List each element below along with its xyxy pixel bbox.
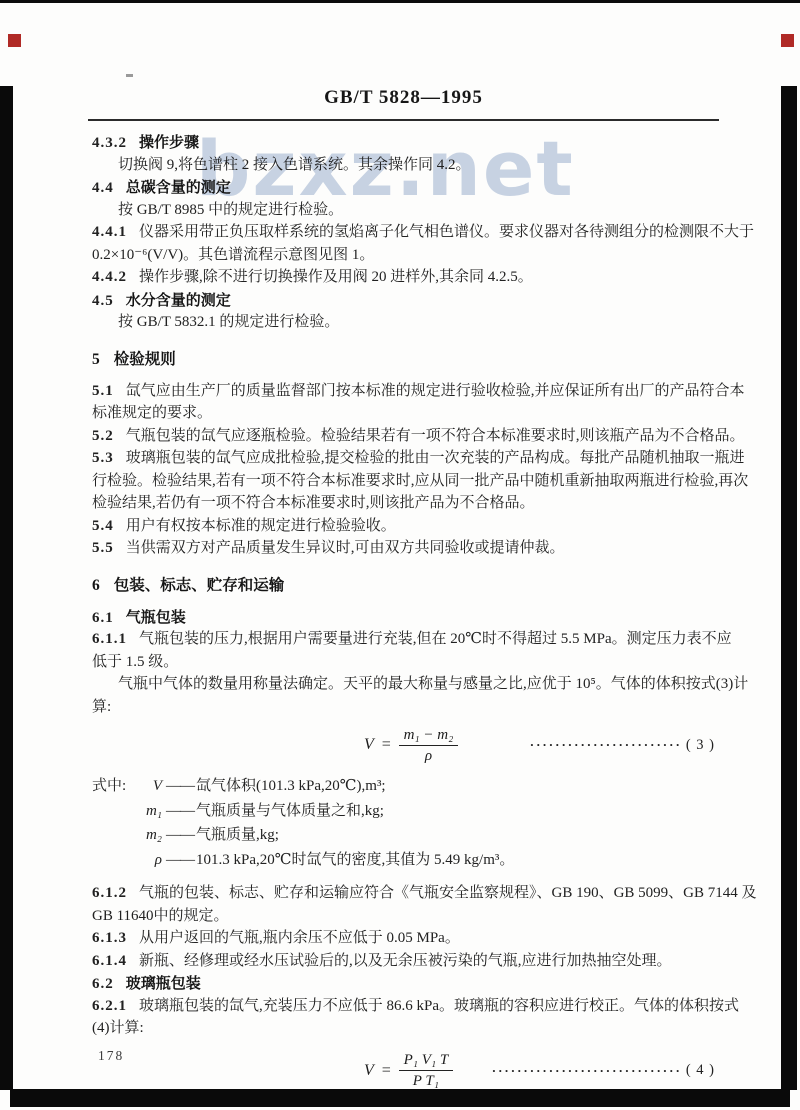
clause-number: 6.1.4 <box>92 953 127 969</box>
clause-6.1.2: 6.1.2气瓶的包装、标志、贮存和运输应符合《气瓶安全监察规程》、GB 190、… <box>92 882 715 905</box>
formula-4-equals: = <box>381 1062 392 1080</box>
clause-text: 水分含量的测定 <box>126 291 231 309</box>
definition-row: 式中: V —— 氙气体积(101.3 kPa,20℃),m³; <box>92 774 715 799</box>
definition-symbol: ρ <box>136 848 162 873</box>
clause-lines-block-1: 4.3.2操作步骤切换阀 9,将色谱柱 2 接入色谱系统。其余操作同 4.2。4… <box>92 131 715 718</box>
clause-number: 6.1.1 <box>92 631 127 647</box>
text-line: GB 11640中的规定。 <box>92 905 715 928</box>
clause-number: 5.4 <box>92 518 114 534</box>
text-line: 标准规定的要求。 <box>92 402 715 425</box>
scan-edge-top <box>0 0 800 3</box>
clause-5.3: 5.3玻璃瓶包装的氙气应成批检验,提交检验的批由一次充装的产品构成。每批产品随机… <box>92 447 715 470</box>
section-heading-5: 5检验规则 <box>92 346 715 372</box>
formula-4-numerator: P₁ V₁ T <box>399 1052 454 1071</box>
clause-text: 气瓶包装 <box>126 608 186 626</box>
scan-edge-left <box>0 86 13 1090</box>
clause-number: 4.5 <box>92 293 114 309</box>
text-line: 切换阀 9,将色谱柱 2 接入色谱系统。其余操作同 4.2。 <box>92 154 715 177</box>
text-line: 0.2×10⁻⁶(V/V)。其色谱流程示意图见图 1。 <box>92 244 715 267</box>
text-line: (4)计算: <box>92 1017 715 1040</box>
definition-text: 气瓶质量与气体质量之和,kg; <box>196 799 384 824</box>
formula-3-leader: ························ ( 3 ) <box>530 737 715 754</box>
clause-number: 5.2 <box>92 428 114 444</box>
clause-text: 用户有权按本标准的规定进行检验验收。 <box>126 518 396 534</box>
clause-4.3.2: 4.3.2操作步骤 <box>92 131 715 154</box>
clause-4.4: 4.4总碳含量的测定 <box>92 176 715 199</box>
scan-edge-right <box>781 86 797 1090</box>
text-line: 气瓶中气体的数量用称量法确定。天平的最大称量与感量之比,应优于 10⁵。气体的体… <box>92 673 715 696</box>
text-line: 行检验。检验结果,若有一项不符合本标准要求时,应从同一批产品中随机重新抽取两瓶进… <box>92 470 715 493</box>
formula-3: V = m₁ − m₂ ρ <box>364 727 458 764</box>
definition-symbol: m₁ <box>136 799 162 824</box>
definition-lead-spacer <box>92 848 136 873</box>
formula-3-row: V = m₁ − m₂ ρ ························ (… <box>92 720 715 770</box>
clause-text: 当供需双方对产品质量发生异议时,可由双方共同验收或提请仲裁。 <box>126 540 565 556</box>
clause-text: 仪器采用带正负压取样系统的氢焰离子化气相色谱仪。要求仪器对各待测组分的检测限不大… <box>139 224 754 240</box>
clause-text: 气瓶的包装、标志、贮存和运输应符合《气瓶安全监察规程》、GB 190、GB 50… <box>139 885 757 901</box>
red-corner-mark-left <box>8 34 21 47</box>
definition-lead: 式中: <box>92 774 136 799</box>
definition-dash: —— <box>166 774 194 799</box>
clause-number: 4.3.2 <box>92 135 127 151</box>
scanned-standard-page: bzxz.net GB/T 5828—1995 4.3.2操作步骤切换阀 9,将… <box>0 0 800 1110</box>
clause-lines-block-2: 6.1.2气瓶的包装、标志、贮存和运输应符合《气瓶安全监察规程》、GB 190、… <box>92 882 715 1040</box>
clause-number: 6.1.3 <box>92 930 127 946</box>
formula-3-number: ( 3 ) <box>686 737 715 754</box>
clause-4.4.1: 4.4.1仪器采用带正负压取样系统的氢焰离子化气相色谱仪。要求仪器对各待测组分的… <box>92 221 715 244</box>
clause-6.1.1: 6.1.1气瓶包装的压力,根据用户需要量进行充装,但在 20℃时不得超过 5.5… <box>92 628 715 651</box>
formula-3-fraction: m₁ − m₂ ρ <box>399 727 459 764</box>
definition-symbol: V <box>136 774 162 799</box>
clause-text: 检验规则 <box>114 350 176 368</box>
definition-row: m₂ —— 气瓶质量,kg; <box>92 823 715 848</box>
text-line: 算: <box>92 696 715 719</box>
clause-number: 5.1 <box>92 383 114 399</box>
definition-lead-spacer <box>92 823 136 848</box>
definition-dash: —— <box>166 823 194 848</box>
section-heading-6: 6包装、标志、贮存和运输 <box>92 572 715 598</box>
clause-text: 新瓶、经修理或经水压试验后的,以及无余压被污染的气瓶,应进行加热抽空处理。 <box>139 953 672 969</box>
red-corner-mark-right <box>781 34 794 47</box>
text-line: 按 GB/T 5832.1 的规定进行检验。 <box>92 311 715 334</box>
formula-4: V = P₁ V₁ T P T₁ <box>364 1052 453 1089</box>
clause-number: 6.2 <box>92 976 114 992</box>
scan-edge-bottom <box>10 1089 790 1107</box>
definition-dash: —— <box>166 799 194 824</box>
formula-3-dots: ························ <box>530 737 682 753</box>
text-line: 低于 1.5 级。 <box>92 651 715 674</box>
clause-text: 玻璃瓶包装 <box>126 974 201 992</box>
formula-3-equals: = <box>381 736 392 754</box>
clause-number: 5.5 <box>92 540 114 556</box>
formula-4-dots: ······························ <box>492 1063 682 1079</box>
clause-4.4.2: 4.4.2操作步骤,除不进行切换操作及用阀 20 进样外,其余同 4.2.5。 <box>92 266 715 289</box>
definition-symbol: m₂ <box>136 823 162 848</box>
formula-3-lhs: V <box>364 736 374 754</box>
clause-number: 5 <box>92 351 100 368</box>
definition-text: 氙气体积(101.3 kPa,20℃),m³; <box>196 774 386 799</box>
clause-5.2: 5.2气瓶包装的氙气应逐瓶检验。检验结果若有一项不符合本标准要求时,则该瓶产品为… <box>92 425 715 448</box>
clause-text: 气瓶包装的压力,根据用户需要量进行充装,但在 20℃时不得超过 5.5 MPa。… <box>139 631 732 647</box>
clause-6.2.1: 6.2.1玻璃瓶包装的氙气,充装压力不应低于 86.6 kPa。玻璃瓶的容积应进… <box>92 995 715 1018</box>
clause-number: 6.1 <box>92 610 114 626</box>
definition-dash: —— <box>166 848 194 873</box>
text-line: 按 GB/T 8985 中的规定进行检验。 <box>92 199 715 222</box>
text-line: 检验结果,若仍有一项不符合本标准要求时,则该批产品为不合格品。 <box>92 492 715 515</box>
header-rule <box>88 119 719 121</box>
definition-lead-spacer <box>92 799 136 824</box>
clause-6.1.4: 6.1.4新瓶、经修理或经水压试验后的,以及无余压被污染的气瓶,应进行加热抽空处… <box>92 950 715 973</box>
definition-row: m₁ —— 气瓶质量与气体质量之和,kg; <box>92 799 715 824</box>
clause-number: 5.3 <box>92 450 114 466</box>
formula-4-denominator: P T₁ <box>399 1071 454 1089</box>
standard-number-header: GB/T 5828—1995 <box>92 86 715 110</box>
clause-number: 4.4.2 <box>92 269 127 285</box>
clause-text: 玻璃瓶包装的氙气应成批检验,提交检验的批由一次充装的产品构成。每批产品随机抽取一… <box>126 450 745 466</box>
clause-5.4: 5.4用户有权按本标准的规定进行检验验收。 <box>92 515 715 538</box>
formula-4-leader: ······························ ( 4 ) <box>492 1062 715 1079</box>
page-number: 178 <box>98 1048 124 1064</box>
clause-number: 4.4 <box>92 180 114 196</box>
clause-number: 6.2.1 <box>92 998 127 1014</box>
clause-4.5: 4.5水分含量的测定 <box>92 289 715 312</box>
clause-text: 玻璃瓶包装的氙气,充装压力不应低于 86.6 kPa。玻璃瓶的容积应进行校正。气… <box>139 998 739 1014</box>
clause-text: 总碳含量的测定 <box>126 178 231 196</box>
clause-text: 氙气应由生产厂的质量监督部门按本标准的规定进行验收检验,并应保证所有出厂的产品符… <box>126 383 745 399</box>
clause-6.2: 6.2玻璃瓶包装 <box>92 972 715 995</box>
clause-6.1: 6.1气瓶包装 <box>92 606 715 629</box>
clause-number: 4.4.1 <box>92 224 127 240</box>
symbol-definitions: 式中: V —— 氙气体积(101.3 kPa,20℃),m³; m₁ —— 气… <box>92 774 715 872</box>
formula-4-fraction: P₁ V₁ T P T₁ <box>399 1052 454 1089</box>
clause-number: 6.1.2 <box>92 885 127 901</box>
clause-5.5: 5.5当供需双方对产品质量发生异议时,可由双方共同验收或提请仲裁。 <box>92 537 715 560</box>
clause-text: 包装、标志、贮存和运输 <box>114 576 285 594</box>
definition-text: 101.3 kPa,20℃时氙气的密度,其值为 5.49 kg/m³。 <box>196 848 514 873</box>
clause-text: 气瓶包装的氙气应逐瓶检验。检验结果若有一项不符合本标准要求时,则该瓶产品为不合格… <box>126 428 745 444</box>
clause-number: 6 <box>92 577 100 594</box>
page-content: GB/T 5828—1995 4.3.2操作步骤切换阀 9,将色谱柱 2 接入色… <box>0 0 800 1096</box>
formula-4-row: V = P₁ V₁ T P T₁ ·······················… <box>92 1046 715 1096</box>
clause-text: 操作步骤,除不进行切换操作及用阀 20 进样外,其余同 4.2.5。 <box>139 269 533 285</box>
formula-4-number: ( 4 ) <box>686 1062 715 1079</box>
formula-3-denominator: ρ <box>399 746 459 764</box>
definition-row: ρ —— 101.3 kPa,20℃时氙气的密度,其值为 5.49 kg/m³。 <box>92 848 715 873</box>
clause-text: 从用户返回的气瓶,瓶内余压不应低于 0.05 MPa。 <box>139 930 460 946</box>
clause-text: 操作步骤 <box>139 133 199 151</box>
clause-6.1.3: 6.1.3从用户返回的气瓶,瓶内余压不应低于 0.05 MPa。 <box>92 927 715 950</box>
clause-5.1: 5.1氙气应由生产厂的质量监督部门按本标准的规定进行验收检验,并应保证所有出厂的… <box>92 380 715 403</box>
definition-text: 气瓶质量,kg; <box>196 823 279 848</box>
formula-3-numerator: m₁ − m₂ <box>399 727 459 746</box>
formula-4-lhs: V <box>364 1062 374 1080</box>
